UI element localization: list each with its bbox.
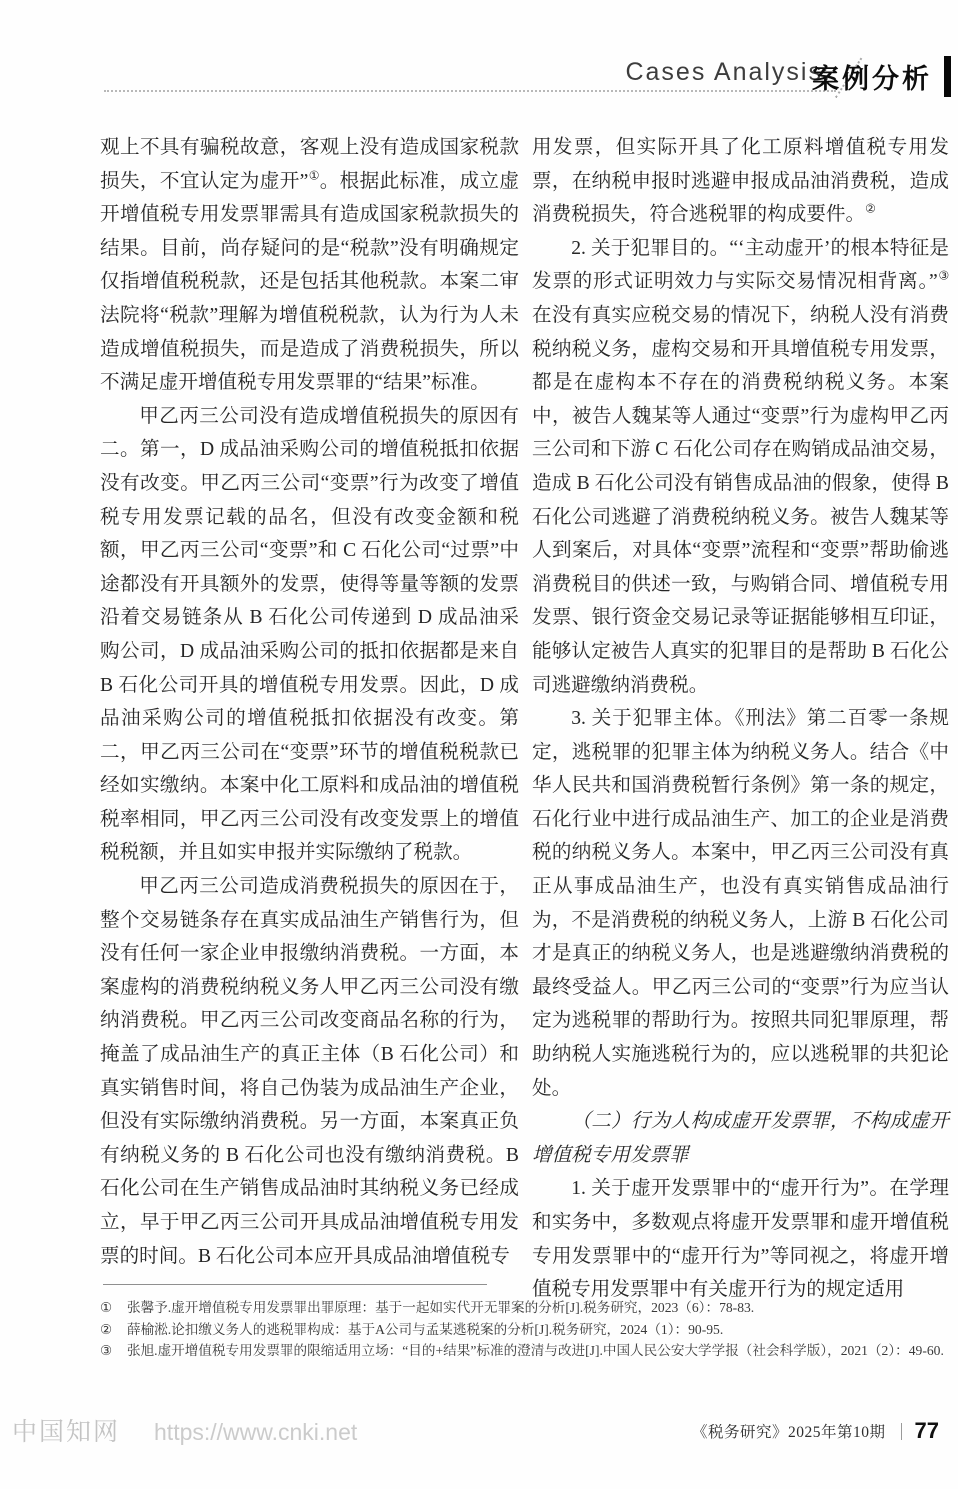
cnki-site-name: 中国知网 <box>12 1412 120 1448</box>
footnote: ① 张馨予.虚开增值税专用发票罪出罪原理：基于一起如实代开无罪案的分析[J].税… <box>100 1297 950 1319</box>
header-dotted-rule <box>104 90 836 92</box>
section-title-chinese: 案例分析 <box>812 57 932 96</box>
paragraph: 1. 关于虚开发票罪中的“虚开行为”。在学理和实务中，多数观点将虚开发票罪和虚开… <box>532 1172 949 1306</box>
footnote-text: 张馨予.虚开增值税专用发票罪出罪原理：基于一起如实代开无罪案的分析[J].税务研… <box>127 1297 950 1319</box>
footnote-marker: ① <box>100 1297 127 1319</box>
section-title-english: Cases Analysis <box>625 58 823 87</box>
footnote-marker: ② <box>100 1319 127 1341</box>
paragraph: 甲乙丙三公司造成消费税损失的原因在于，整个交易链条存在真实成品油生产销售行为，但… <box>100 870 519 1273</box>
header-accent-bar <box>944 56 951 97</box>
paragraph: 用发票，但实际开具了化工原料增值税专用发票，在纳税申报时逃避申报成品油消费税，造… <box>532 131 949 232</box>
footnotes: ① 张馨予.虚开增值税专用发票罪出罪原理：基于一起如实代开无罪案的分析[J].税… <box>100 1297 950 1362</box>
journal-page: Cases Analysis 案例分析 观上不具有骗税故意，客观上没有造成国家税… <box>0 0 958 1489</box>
footnote: ② 薛榆淞.论扣缴义务人的逃税罪构成：基于A公司与孟某逃税案的分析[J].税务研… <box>100 1319 950 1341</box>
footnote: ③ 张旭.虚开增值税专用发票罪的限缩适用立场：“目的+结果”标准的澄清与改进[J… <box>100 1340 950 1362</box>
footer-divider <box>901 1423 902 1440</box>
paragraph: 观上不具有骗税故意，客观上没有造成国家税款损失，不宜认定为虚开”①。根据此标准，… <box>100 131 519 400</box>
paragraph: 2. 关于犯罪目的。“‘主动虚开’的根本特征是发票的形式证明效力与实际交易情况相… <box>532 232 949 702</box>
left-column: 观上不具有骗税故意，客观上没有造成国家税款损失，不宜认定为虚开”①。根据此标准，… <box>100 131 519 1273</box>
paragraph: 3. 关于犯罪主体。《刑法》第二百零一条规定，逃税罪的犯罪主体为纳税义务人。结合… <box>532 702 949 1105</box>
footnote-marker: ③ <box>100 1340 127 1362</box>
journal-issue: 《税务研究》2025年第10期 <box>692 1420 886 1442</box>
footnote-separator <box>103 1284 487 1285</box>
paragraph: 甲乙丙三公司没有造成增值税损失的原因有二。第一，D 成品油采购公司的增值税抵扣依… <box>100 400 519 870</box>
cnki-watermark: 中国知网 https://www.cnki.net <box>12 1412 357 1448</box>
subsection-heading: （二）行为人构成虚开发票罪，不构成虚开增值税专用发票罪 <box>532 1105 949 1172</box>
cnki-url: https://www.cnki.net <box>154 1419 357 1446</box>
right-column: 用发票，但实际开具了化工原料增值税专用发票，在纳税申报时逃避申报成品油消费税，造… <box>532 131 949 1307</box>
footnote-text: 张旭.虚开增值税专用发票罪的限缩适用立场：“目的+结果”标准的澄清与改进[J].… <box>127 1340 950 1362</box>
footnote-text: 薛榆淞.论扣缴义务人的逃税罪构成：基于A公司与孟某逃税案的分析[J].税务研究，… <box>127 1319 950 1341</box>
page-footer: 《税务研究》2025年第10期 77 <box>692 1418 939 1444</box>
page-number: 77 <box>915 1418 939 1444</box>
